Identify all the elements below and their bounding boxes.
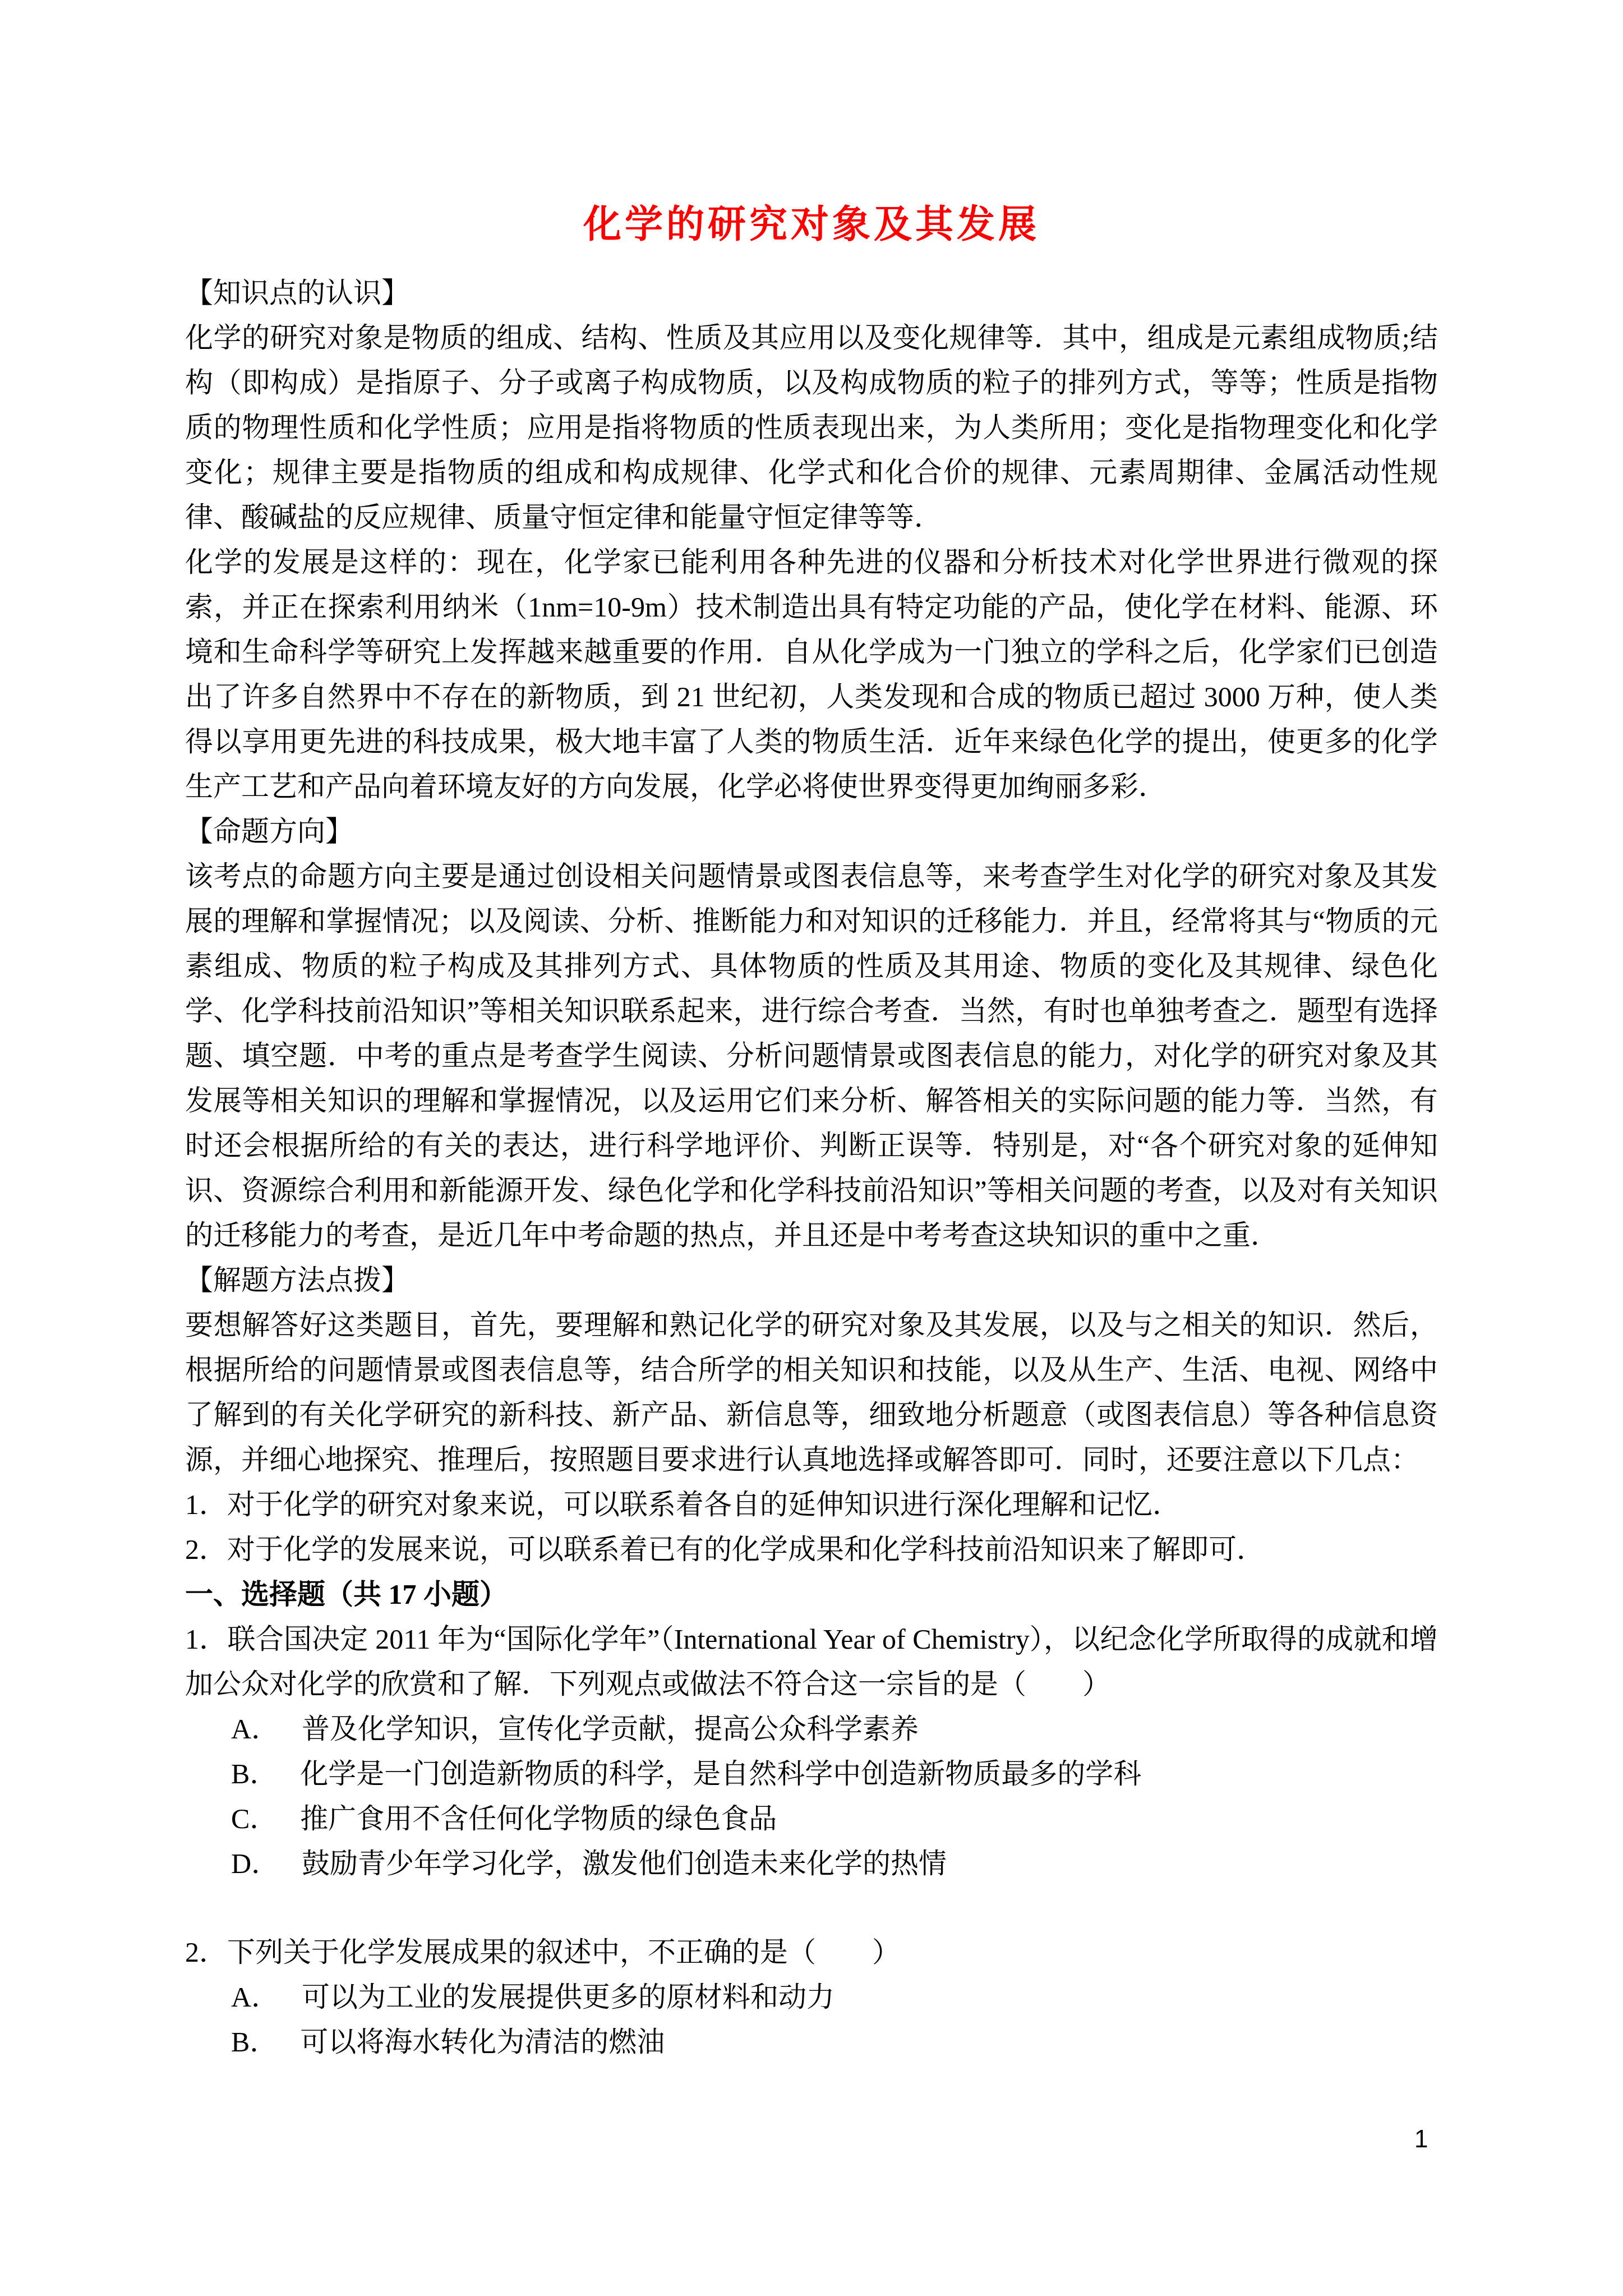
exercise-section-header: 一、选择题（共 17 小题）	[185, 1572, 1438, 1617]
knowledge-paragraph-2: 化学的发展是这样的：现在，化学家已能利用各种先进的仪器和分析技术对化学世界进行微…	[185, 540, 1438, 809]
option-label: D．	[231, 1841, 279, 1886]
option-text: 普及化学知识，宣传化学贡献，提高公众科学素养	[302, 1706, 1438, 1751]
question-2: 2．下列关于化学发展成果的叙述中，不正确的是（ ） A． 可以为工业的发展提供更…	[185, 1930, 1438, 2064]
option-label: B．	[231, 2019, 278, 2064]
option-label: A．	[231, 1706, 279, 1751]
section-header-direction: 【命题方向】	[185, 809, 1438, 854]
question-2-option-b: B． 可以将海水转化为清洁的燃油	[185, 2019, 1438, 2064]
section-header-knowledge: 【知识点的认识】	[185, 270, 1438, 315]
question-1-option-c: C． 推广食用不含任何化学物质的绿色食品	[185, 1796, 1438, 1841]
direction-paragraph-1: 该考点的命题方向主要是通过创设相关问题情景或图表信息等，来考查学生对化学的研究对…	[185, 854, 1438, 1258]
question-1-stem: 1．联合国决定 2011 年为“国际化学年”（International Yea…	[185, 1617, 1438, 1706]
method-point-1: 1．对于化学的研究对象来说，可以联系着各自的延伸知识进行深化理解和记忆．	[185, 1482, 1438, 1527]
question-1-option-a: A． 普及化学知识，宣传化学贡献，提高公众科学素养	[185, 1706, 1438, 1751]
question-1-option-d: D． 鼓励青少年学习化学，激发他们创造未来化学的热情	[185, 1841, 1438, 1886]
question-2-stem: 2．下列关于化学发展成果的叙述中，不正确的是（ ）	[185, 1930, 1438, 1975]
method-paragraph-1: 要想解答好这类题目，首先，要理解和熟记化学的研究对象及其发展，以及与之相关的知识…	[185, 1303, 1438, 1482]
question-2-option-a: A． 可以为工业的发展提供更多的原材料和动力	[185, 1975, 1438, 2019]
option-label: A．	[231, 1975, 279, 2019]
option-text: 鼓励青少年学习化学，激发他们创造未来化学的热情	[302, 1841, 1438, 1886]
option-label: B．	[231, 1751, 278, 1796]
question-1-option-b: B． 化学是一门创造新物质的科学，是自然科学中创造新物质最多的学科	[185, 1751, 1438, 1796]
option-label: C．	[231, 1796, 278, 1841]
option-text: 可以将海水转化为清洁的燃油	[300, 2019, 1438, 2064]
knowledge-paragraph-1: 化学的研究对象是物质的组成、结构、性质及其应用以及变化规律等．其中，组成是元素组…	[185, 315, 1438, 540]
document-page: 化学的研究对象及其发展 【知识点的认识】 化学的研究对象是物质的组成、结构、性质…	[0, 0, 1623, 2296]
option-text: 化学是一门创造新物质的科学，是自然科学中创造新物质最多的学科	[300, 1751, 1438, 1796]
page-title: 化学的研究对象及其发展	[185, 200, 1438, 249]
page-number: 1	[1414, 2127, 1428, 2152]
section-header-method: 【解题方法点拨】	[185, 1258, 1438, 1303]
option-text: 推广食用不含任何化学物质的绿色食品	[300, 1796, 1438, 1841]
question-1: 1．联合国决定 2011 年为“国际化学年”（International Yea…	[185, 1617, 1438, 1886]
document-content: 化学的研究对象及其发展 【知识点的认识】 化学的研究对象是物质的组成、结构、性质…	[185, 0, 1438, 2064]
method-point-2: 2．对于化学的发展来说，可以联系着已有的化学成果和化学科技前沿知识来了解即可．	[185, 1527, 1438, 1572]
option-text: 可以为工业的发展提供更多的原材料和动力	[302, 1975, 1438, 2019]
